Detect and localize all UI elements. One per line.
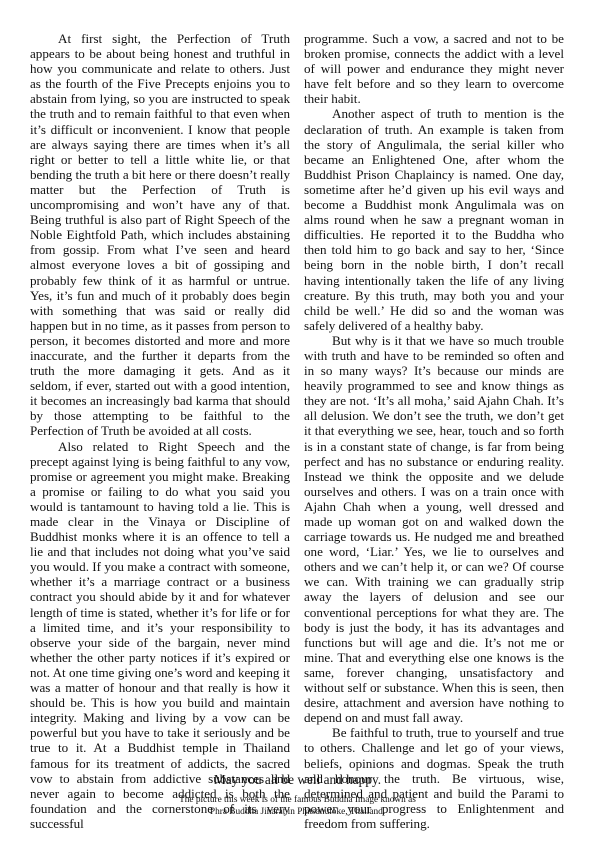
caption-line-1: The picture this week is of the famous B… (0, 795, 595, 807)
article-body: At first sight, the Perfection of Truth … (30, 31, 564, 831)
document-page: At first sight, the Perfection of Truth … (0, 0, 595, 842)
closing-blessing: May you all be well and happy. (0, 772, 595, 788)
paragraph-vow-continued: programme. Such a vow, a sacred and not … (304, 31, 564, 106)
left-column: At first sight, the Perfection of Truth … (30, 31, 290, 831)
picture-caption: The picture this week is of the famous B… (0, 795, 595, 818)
paragraph-delusion: But why is it that we have so much troub… (304, 333, 564, 725)
paragraph-perfection-of-truth: At first sight, the Perfection of Truth … (30, 31, 290, 439)
caption-line-2: Phra Buddha Jinarat in Phitsanuloke, Tha… (0, 807, 595, 819)
paragraph-declaration-of-truth: Another aspect of truth to mention is th… (304, 106, 564, 332)
right-column: programme. Such a vow, a sacred and not … (304, 31, 564, 831)
